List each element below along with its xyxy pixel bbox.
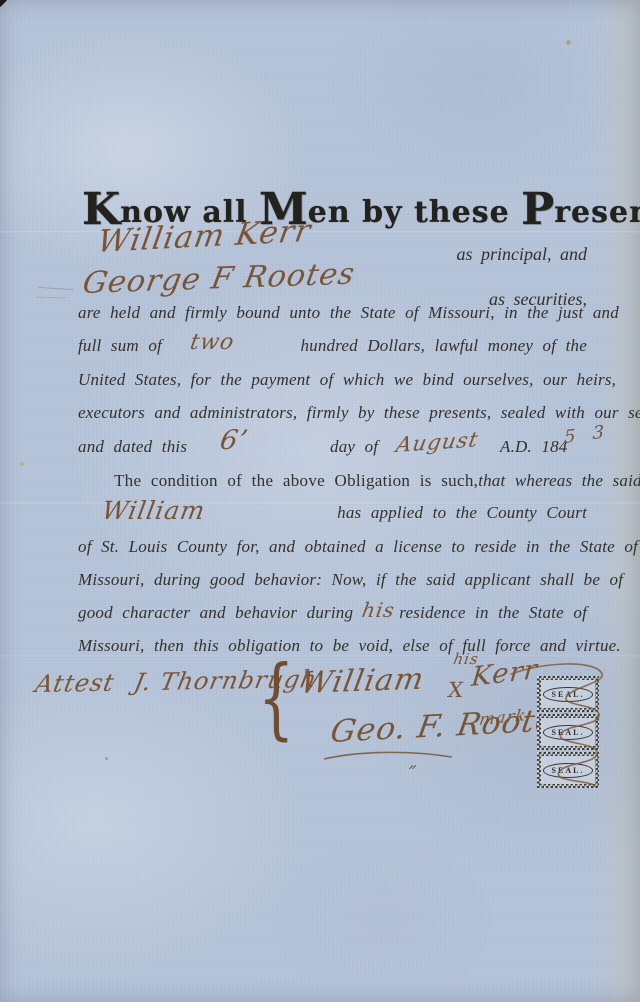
body-line-11: Missouri, then this obligation to be voi… [78,633,587,659]
body-text: full sum of [78,333,162,359]
body-line-1: are held and firmly bound unto the State… [78,300,587,326]
document-page: Know all Men by these Presents, That We:… [0,0,640,1002]
seal-label: SEAL. [543,687,594,702]
body-line-6: The condition of the above Obligation is… [78,468,587,494]
body-text: United States, for the payment of which … [78,367,616,393]
body-line-2: full sum of two hundred Dollars, lawful … [78,333,587,359]
body-text: executors and administrators, firmly by … [78,400,640,426]
photo-corner-artifact [0,0,7,7]
heading-text: en by these [308,195,521,230]
principal-signature-first: William [298,662,427,701]
body-text: and dated this [78,434,187,460]
body-line-4: executors and administrators, firmly by … [78,400,587,426]
surety-name-handwriting: George F Rootes [80,257,358,301]
body-text: hundred Dollars, lawful money of the [300,333,587,359]
body-line-10: good character and behavior during his r… [78,600,587,626]
principal-role-label: as principal, and [456,244,587,265]
seal-stamp: SEAL. [537,752,599,788]
seal-label: SEAL. [543,725,594,740]
paper-stain [20,462,24,466]
body-text: has applied to the County Court [337,500,587,526]
handwritten-month: August [394,426,481,458]
paper-stain [105,757,108,760]
x-mark: X [446,678,466,702]
surety-signature-underline [320,748,460,764]
body-line-9: Missouri, during good behavior: Now, if … [78,567,587,593]
handwritten-applicant-name: William [100,498,207,524]
handwritten-year: 5 3 [564,419,607,451]
seal-label: SEAL. [543,763,594,778]
body-text: residence in the State of [399,600,587,626]
heading-initial-p: P [521,184,554,235]
body-line-7: William has applied to the County Court [78,500,587,526]
body-line-8: of St. Louis County for, and obtained a … [78,534,587,560]
body-line-5: and dated this 6’ day of August A.D. 184… [78,434,587,464]
body-line-3: United States, for the payment of which … [78,367,587,393]
body-text: Missouri, then this obligation to be voi… [78,633,621,659]
signature-brace: { [258,646,295,749]
body-text: day of [330,434,378,460]
body-text: Missouri, during good behavior: Now, if … [78,567,623,593]
principal-signature-last: Kerr [470,654,539,693]
body-text: of St. Louis County for, and obtained a … [78,534,638,560]
body-text: that whereas the said [478,468,640,494]
seal-stamp: SEAL. [537,676,599,712]
handwritten-his: his [360,597,397,623]
witness-label: Attest [33,669,117,698]
handwritten-day: 6’ [218,428,250,454]
pencil-mark [36,296,66,298]
body-text: are held and firmly bound unto the State… [78,300,619,326]
pencil-mark [38,287,74,291]
body-text-roman: The condition of the above Obligation is… [114,468,478,494]
seal-stamp: SEAL. [537,714,599,750]
heading-text: resents, [554,195,640,230]
body-text: good character and behavior during [78,600,353,626]
body-text: A.D. 184 [500,434,568,460]
paper-stain [566,40,571,45]
flourish-mark: „ [408,752,421,771]
handwritten-amount: two [188,330,237,356]
